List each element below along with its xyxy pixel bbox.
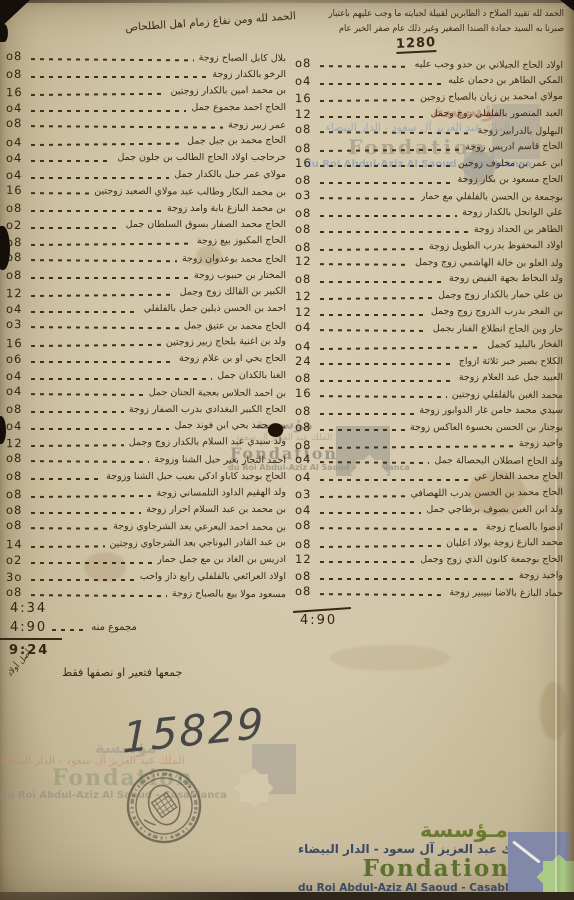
entry-amount: o3 xyxy=(295,487,315,501)
ledger-row: بن احمد الحلاس بعجبة الجنان جملo4 xyxy=(6,383,286,402)
entry-amount: o8 xyxy=(6,268,26,282)
entry-amount: o8 xyxy=(295,438,315,452)
entry-text: الحاج يحي او بن علام زوجة xyxy=(179,353,286,364)
ledger-row: الحاج محمد بن الحسن بدرب اللهصافيo3 xyxy=(295,484,563,503)
entry-text: الطاهر بن الحداد زوجة xyxy=(474,224,563,235)
ledger-row: بن علي حمار بالكدار زوج وجمل12 xyxy=(295,286,563,305)
watermark-arabic-name: مـؤسسة xyxy=(298,820,508,841)
header-year: 1280 xyxy=(396,35,437,54)
ledger-row: ولد البخاط بجهة الفيض زوجةo8 xyxy=(295,271,563,288)
ledger-row: الحاج الكبير البغدادي بدرب الصفار زوجةo8 xyxy=(6,401,286,418)
dash-leader xyxy=(31,259,177,262)
ledger-row: الكلاح بصير خبر ثلاثة ازواج24 xyxy=(295,353,563,370)
entry-amount: o4 xyxy=(6,302,26,316)
entry-amount: 3o xyxy=(6,570,26,584)
logo-diagonal-slash xyxy=(512,840,541,863)
bottom-edge-strip xyxy=(0,892,574,900)
ledger-row: الحاج احمد مجموع جملo4 xyxy=(6,99,286,116)
entry-amount: o8 xyxy=(295,240,315,254)
ledger-row: ولد ابن الغين بصوف برطاجي جملo4 xyxy=(295,502,563,519)
dash-leader xyxy=(31,378,212,380)
entry-text: حماد البازغ بالاضا نبيبير زوجة xyxy=(449,587,563,599)
entry-text: الحاج قاسم ادريس زوجة xyxy=(465,140,563,152)
ledger-row: ادريس بن الغاد بن مع جمل حمارo2 xyxy=(6,552,286,569)
entry-amount: o8 xyxy=(295,420,315,434)
ledger-row: المختار بن حببوب زوجةo8 xyxy=(6,267,286,284)
dash-leader xyxy=(320,281,444,283)
dash-leader xyxy=(31,344,161,347)
entry-amount: 16 xyxy=(295,91,315,105)
entry-amount: o8 xyxy=(6,487,26,501)
right-column-total: 4:90 xyxy=(300,613,337,628)
entry-amount: o8 xyxy=(295,518,315,532)
entry-text: بن محمد البازغ بابة وامد زوجة xyxy=(167,203,286,214)
eight-point-star-icon xyxy=(234,768,274,808)
entry-text: الكلاح بصير خبر ثلاثة ازواج xyxy=(459,356,563,367)
entry-amount: 12 xyxy=(6,437,26,451)
ledger-row: الفخار بالبليد كجملo4 xyxy=(295,335,563,354)
dash-leader xyxy=(31,594,167,597)
manuscript-page: مؤسسة الملك عبد العزيز آل سعود - الدار ا… xyxy=(0,0,574,900)
entry-amount: o8 xyxy=(295,222,315,236)
entry-amount: o8 xyxy=(295,569,315,583)
entry-amount: o8 xyxy=(295,173,315,187)
watermark-arabic-line: الملك عبد العزيز آل سعود - الدار البيضاء xyxy=(298,841,510,857)
entry-text: الحاج مسعود بن بكار زوجة xyxy=(458,174,563,185)
ledger-row: بن محمد البازغ بابة وامد زوجةo8 xyxy=(6,200,286,217)
carried-label: مجموع منه xyxy=(91,622,137,633)
entry-text: بن احمد الحلاس بعجبة الجنان جمل xyxy=(149,387,286,399)
ledger-row: اولاد الحاج الجيلاني بن حدو وجب عليهo8 xyxy=(295,55,563,74)
entry-amount: 12 xyxy=(295,254,315,268)
entry-amount: o8 xyxy=(6,402,26,416)
foundation-logo-icon xyxy=(252,744,296,794)
entry-text: حار وبن الحاج انطلاع الفنار بجمل xyxy=(433,323,563,335)
ledger-row: الغنا بالكدان جملo4 xyxy=(6,367,286,384)
ledger-row: الحاج بوجمعة كانون الذي زوج وجمل12 xyxy=(295,551,563,568)
dash-leader xyxy=(320,545,441,548)
entry-text: المختار بن حببوب زوجة xyxy=(194,270,286,281)
ledger-row: الحاج محمد بن جبل جملo4 xyxy=(6,132,286,151)
entry-amount: 16 xyxy=(6,336,26,350)
ledger-row: الحاج مسعود بن بكار زوجةo8 xyxy=(295,172,563,189)
dash-leader xyxy=(31,210,162,212)
left-column-header: الحمد لله ومن نفاع زمام اهل الطلحاص xyxy=(126,10,296,34)
entry-text: بن محمد البكار وطالب عبد مولاي الصعيد زو… xyxy=(94,185,286,198)
dash-leader xyxy=(320,578,514,580)
entry-amount: o4 xyxy=(295,452,315,466)
top-edge-shadow xyxy=(0,0,574,3)
ledger-row: اولاد العرائعي بالفلفلي رايع ذاز واحب3o xyxy=(6,568,286,585)
ledger-row: ولد العلو بن خالة الهاشمي زوج وجمل12 xyxy=(295,253,563,272)
ledger-row: مولاي عمر جبل بالكدار جملo4 xyxy=(6,166,286,183)
header-line-1: الحمد لله تقييد الصلاح د الطابرين لقبيلة… xyxy=(314,9,564,19)
ledger-row: بن محمد احمد البعرعي بعد الشرجاوي زوجةo8 xyxy=(6,517,286,536)
entry-text: بن علي حمار بالكدار زوج وجمل xyxy=(438,289,563,301)
entry-amount: o2 xyxy=(6,218,26,232)
ledger-row: محمد البازغ زوجة بولاد اعلبانo8 xyxy=(295,533,563,552)
entry-text: اولاد الحاج الجيلاني بن حدو وجب عليه xyxy=(415,59,563,71)
dash-leader xyxy=(31,562,152,564)
dash-leader xyxy=(31,243,192,246)
entry-text: واخيد زوجة xyxy=(519,570,563,581)
dash-leader xyxy=(31,460,149,463)
dash-leader xyxy=(320,512,421,514)
dash-leader xyxy=(320,248,424,251)
dash-leader xyxy=(31,110,186,112)
ledger-row: الرخو بالكدار زوجةo8 xyxy=(6,66,286,83)
entry-amount: o8 xyxy=(295,206,315,220)
dash-leader xyxy=(320,297,433,300)
entry-text: سيدي محمد حامن غار الدوابور زوجة xyxy=(419,405,563,416)
entry-amount: 16 xyxy=(6,85,26,99)
entry-amount: o8 xyxy=(295,371,315,385)
entry-text: ولد الهقيم الداود التلمساني زوجة xyxy=(156,486,286,498)
dash-leader xyxy=(31,143,182,146)
entry-amount: 12 xyxy=(6,286,26,300)
dash-leader xyxy=(31,393,144,396)
dash-leader xyxy=(52,629,86,631)
entry-amount: 12 xyxy=(295,552,315,566)
entry-text: بن محمد احمد البعرعي بعد الشرجاوي زوجة xyxy=(113,521,286,533)
dash-leader xyxy=(320,215,457,217)
dash-leader xyxy=(320,429,405,431)
dash-leader xyxy=(320,314,426,316)
dash-leader xyxy=(31,527,108,530)
entry-amount: o4 xyxy=(6,151,26,165)
entry-text: الحاج محمد بن عتيق جمل xyxy=(184,320,286,332)
ledger-row: بلال كابل الصباح زوجةo8 xyxy=(6,48,286,67)
entry-text: مسعود مولا بيع بالصباح زوجة xyxy=(172,588,286,600)
entry-text: العبيد جبل عبد العلام زوجة xyxy=(459,372,563,383)
ledger-row: حار وبن الحاج انطلاع الفنار بجملo4 xyxy=(295,319,563,338)
entry-amount: o4 xyxy=(295,503,315,517)
entry-text: الكبير بن القالك زوج وجمل xyxy=(180,285,286,297)
entry-text: ولد بن اغنية بلحاج زبير زوجتين xyxy=(166,335,286,347)
entry-text: احمد النجار بعير حبل الشنا وزوجة xyxy=(154,454,286,466)
foundation-logo-icon xyxy=(508,832,570,892)
entry-amount: o4 xyxy=(6,384,26,398)
entry-text: اولاد المحفوظ بدرب الطويل زوجة xyxy=(429,239,563,251)
entry-text: العبد المنصور بالفلفلي زوج وجمل xyxy=(431,108,563,119)
dash-leader xyxy=(31,177,169,179)
ledger-row: بن عبد القادر البوناجي بعد الشرجاوي زوجت… xyxy=(6,534,286,553)
entry-text: الحاج محمد الصفار بسوق السلطان جمل xyxy=(126,219,286,230)
entry-amount: o6 xyxy=(6,352,26,366)
entry-amount: o8 xyxy=(6,116,26,130)
ledger-row: مسعود مولا بيع بالصباح زوجةo8 xyxy=(6,584,286,603)
dash-leader xyxy=(31,311,139,313)
ledger-row: سيدي محمد حامن غار الدوابور زوجةo8 xyxy=(295,403,563,420)
ledger-row: الطاهر بن الحداد زوجةo8 xyxy=(295,221,563,238)
entry-amount: o8 xyxy=(6,67,26,81)
entry-amount: o2 xyxy=(6,553,26,567)
dash-leader xyxy=(31,445,124,448)
dash-leader xyxy=(320,131,473,134)
ledger-row: ادصوا بالصباح زوجةo8 xyxy=(295,517,563,536)
carried-total-row: 4:90 مجموع منه xyxy=(10,620,140,635)
ledger-row: الحاج بوجيد كاباو ادكي بعيب حبل الشنا وز… xyxy=(6,468,286,485)
dash-leader xyxy=(320,445,514,449)
dash-leader xyxy=(320,116,426,118)
entry-amount: 12 xyxy=(295,289,315,303)
dash-leader xyxy=(31,512,141,514)
ledger-row: المكي الطاهر بن دحمان عليهo4 xyxy=(295,73,563,90)
entry-amount: o4 xyxy=(6,419,26,433)
dash-leader xyxy=(31,478,101,480)
dash-leader xyxy=(320,461,429,464)
carried-amount: 4:90 xyxy=(10,620,47,635)
entry-text: ولد العلو بن خالة الهاشمي زوج وجمل xyxy=(415,257,563,269)
closing-note: جمعها فتعير او نصفها فقط xyxy=(62,666,182,679)
ledger-row: الحاج محمد بن عتيق جملo3 xyxy=(6,316,286,335)
dash-leader xyxy=(320,479,469,481)
dash-leader xyxy=(320,165,453,167)
dash-leader xyxy=(320,83,443,85)
ledger-row: مولاي امحمد بن زيان بالصباح زوجين16 xyxy=(295,88,563,107)
entry-text: بن عبد القادر البوناجي بعد الشرجاوي زوجت… xyxy=(109,536,286,549)
stain-spot xyxy=(330,645,450,671)
ledger-row: بوجمعة بن الحسن بالفلفلي مع حمارo3 xyxy=(295,187,563,206)
ledger-row: العبد المنصور بالفلفلي زوج وجمل12 xyxy=(295,106,563,123)
entry-text: ادصوا بالصباح زوجة xyxy=(486,521,563,533)
ledger-row: الكبير بن القالك زوج وجمل12 xyxy=(6,282,286,301)
entry-amount: o8 xyxy=(295,272,315,286)
ledger-row: الحاج محمد الفخار عيo4 xyxy=(295,469,563,486)
entry-text: ولد ابن الغين بصوف برطاجي جمل xyxy=(426,504,563,515)
entry-text: الحاج محمد بوعدوان زوجة xyxy=(182,253,286,265)
entry-amount: o8 xyxy=(6,469,26,483)
ledger-row: البهلول بالدرابير زوجةo8 xyxy=(295,121,563,140)
torn-edge-mark xyxy=(0,24,8,42)
dash-leader xyxy=(31,192,89,194)
entry-text: الرخو بالكدار زوجة xyxy=(212,69,286,80)
ledger-column-right: اولاد الحاج الجيلاني بن حدو وجب عليهo8ال… xyxy=(295,56,563,601)
entry-amount: 12 xyxy=(295,305,315,319)
entry-text: بوجنار بن الحسن بحسوة العاكس زوجة xyxy=(410,422,563,433)
left-column-subtotal: 4:34 xyxy=(10,601,47,616)
entry-amount: o8 xyxy=(6,49,26,63)
dash-leader xyxy=(31,93,166,96)
entry-text: ولد سيدي عبد السلام بالكدار زوج وجمل xyxy=(129,436,286,448)
dash-leader xyxy=(320,346,482,349)
dash-leader xyxy=(320,363,454,365)
entry-text: محمد الغبن بالفلفلي زوجتين xyxy=(452,389,563,401)
ledger-row: بن محمد يحي ابن فوند جملo4 xyxy=(6,418,286,435)
entry-amount: o4 xyxy=(6,101,26,115)
entry-text: ادريس بن الغاد بن مع جمل حمار xyxy=(157,554,286,565)
entry-text: واحيد زوجة xyxy=(519,437,563,448)
entry-text: بوجمعة بن الحسن بالفلفلي مع حمار xyxy=(421,191,563,203)
entry-amount: 16 xyxy=(295,386,315,400)
entry-amount: o4 xyxy=(6,135,26,149)
dash-leader xyxy=(320,65,410,68)
ledger-row: علي الوانجل بالكدار زوجةo8 xyxy=(295,205,563,222)
entry-text: بلال كابل الصباح زوجة xyxy=(199,52,286,64)
ledger-row: ولد الهقيم الداود التلمساني زوجةo8 xyxy=(6,483,286,502)
dash-leader xyxy=(320,99,415,102)
dash-leader xyxy=(31,326,179,329)
entry-amount: 14 xyxy=(6,537,26,551)
entry-text: علي الوانجل بالكدار زوجة xyxy=(462,207,563,218)
entry-text: بن الفخر بدرب الدروج زوج وجمل xyxy=(431,306,563,317)
dash-leader xyxy=(320,395,447,398)
dash-leader xyxy=(31,545,105,548)
watermark-fondation-text: Fondation xyxy=(298,857,510,881)
ledger-row: حماد البازغ بالاضا نبيبير زوجةo8 xyxy=(295,583,563,602)
ledger-row: احمد بن الحسن ذبلين جمل بالفلفليo4 xyxy=(6,300,286,317)
dash-leader xyxy=(320,561,415,563)
dash-leader xyxy=(320,593,444,596)
entry-text: عمر زبير زوجة xyxy=(228,120,286,131)
ledger-row: احمد النجار بعير حبل الشنا وزوجةo8 xyxy=(6,450,286,469)
catalogue-number: 15829 xyxy=(122,698,265,762)
dash-leader xyxy=(31,160,112,162)
entry-amount: o3 xyxy=(6,317,26,331)
ledger-row: العبيد جبل عبد العلام زوجةo8 xyxy=(295,370,563,387)
entry-amount: 12 xyxy=(295,107,315,121)
ledger-row: الحاج محمد بوعدوان زوجةo8 xyxy=(6,249,286,268)
ledger-row: بوجنار بن الحسن بحسوة العاكس زوجةo8 xyxy=(295,419,563,436)
dash-leader xyxy=(320,148,460,151)
entry-text: المكي الطاهر بن دحمان عليه xyxy=(448,75,563,86)
dash-leader xyxy=(320,182,453,184)
grand-total-line xyxy=(0,638,62,640)
entry-amount: 16 xyxy=(295,156,315,170)
entry-text: ولد البخاط بجهة الفيض زوجة xyxy=(449,273,563,284)
entry-text: الحاج الكبير البغدادي بدرب الصفار زوجة xyxy=(129,404,286,415)
dash-leader xyxy=(31,579,135,581)
dash-leader xyxy=(320,380,454,382)
dash-leader xyxy=(31,411,124,413)
dash-leader xyxy=(31,428,169,430)
entry-text: ولد الحاج اصطلان البحصالة جمل xyxy=(434,455,563,467)
entry-amount: o4 xyxy=(295,470,315,484)
entry-amount: o8 xyxy=(6,451,26,465)
entry-text: البهلول بالدرابير زوجة xyxy=(478,125,563,137)
entry-amount: o4 xyxy=(6,369,26,383)
ledger-row: عمر زبير زوجةo8 xyxy=(6,115,286,134)
entry-text: الغنا بالكدان جمل xyxy=(217,370,286,381)
entry-text: احمد بن الحسن ذبلين جمل بالفلفلي xyxy=(144,303,286,314)
dash-leader xyxy=(320,197,416,200)
entry-text: اولاد العرائعي بالفلفلي رايع ذاز واحب xyxy=(140,571,286,582)
entry-text: الحاج بوجيد كاباو ادكي بعيب حبل الشنا وز… xyxy=(106,471,286,482)
entry-amount: o8 xyxy=(295,122,315,136)
dash-leader xyxy=(320,527,481,530)
ledger-row: الحاج محمد الصفار بسوق السلطان جملo2 xyxy=(6,217,286,234)
entry-amount: o8 xyxy=(6,585,26,599)
dash-leader xyxy=(31,227,121,229)
dash-leader xyxy=(31,277,189,279)
entry-amount: o8 xyxy=(295,537,315,551)
entry-amount: o8 xyxy=(295,584,315,598)
ledger-column-left: بلال كابل الصباح زوجةo8الرخو بالكدار زوج… xyxy=(6,49,286,602)
entry-amount: o8 xyxy=(6,201,26,215)
entry-text: حرحاجب اولاد الحاج الطالب بن جلون جمل xyxy=(117,152,286,163)
entry-text: مولاي امحمد بن زيان بالصباح زوجين xyxy=(420,91,563,103)
ledger-row: بن محمد بن عبد السلام احرار زوجةo8 xyxy=(6,501,286,518)
dash-leader xyxy=(320,495,405,498)
entry-amount: o4 xyxy=(295,320,315,334)
entry-text: الحاج المكبوز بيع زوجة xyxy=(197,235,286,247)
dash-leader xyxy=(31,125,223,129)
entry-text: الحاج محمد الفخار عي xyxy=(474,471,563,482)
ledger-row: الحاج قاسم ادريس زوجةo8 xyxy=(295,137,563,156)
foundation-colophon: مـؤسسة الملك عبد العزيز آل سعود - الدار … xyxy=(298,820,574,900)
ledger-row: بن محمد امين بالكدار زوجتين16 xyxy=(6,81,286,100)
entry-amount: o3 xyxy=(295,188,315,202)
entry-text: بن محمد بن عبد السلام احرار زوجة xyxy=(146,504,286,515)
dash-leader xyxy=(320,329,428,332)
ledger-row: واخيد زوجةo8 xyxy=(295,568,563,585)
entry-text: الحاج محمد بن الحسن بدرب اللهصافي xyxy=(410,487,563,499)
entry-amount: o4 xyxy=(6,168,26,182)
dash-leader xyxy=(31,76,207,78)
dash-leader xyxy=(31,58,194,61)
ledger-row: بن الفخر بدرب الدروج زوج وجمل12 xyxy=(295,304,563,321)
entry-amount: o8 xyxy=(6,518,26,532)
document-header: الحمد لله تقييد الصلاح د الطابرين لقبيلة… xyxy=(292,9,564,34)
dash-leader xyxy=(31,495,151,498)
entry-text: بن محمد امين بالكدار زوجتين xyxy=(171,84,286,96)
entry-text: مولاي عمر جبل بالكدار جمل xyxy=(174,169,286,180)
ledger-row: ولد بن اغنية بلحاج زبير زوجتين16 xyxy=(6,333,286,352)
ledger-row: ابن عمر بن مخلوف زوجين16 xyxy=(295,155,563,172)
header-line-2: صبرنا به السيد حمادة الصندا الصغير وغير … xyxy=(314,24,564,34)
ledger-row: الحاج يحي او بن علام زوجةo6 xyxy=(6,351,286,368)
library-seal-stamp xyxy=(119,761,209,851)
dash-leader xyxy=(320,413,414,415)
entry-text: الحاج محمد بن جبل جمل xyxy=(187,134,286,146)
ledger-row: ولد الحاج اصطلان البحصالة جملo4 xyxy=(295,451,563,470)
entry-amount: 16 xyxy=(6,183,26,197)
entry-text: محمد البازغ زوجة بولاد اعلبان xyxy=(446,536,563,548)
entry-amount: 24 xyxy=(295,354,315,368)
ledger-row: محمد الغبن بالفلفلي زوجتين16 xyxy=(295,385,563,404)
entry-amount: o8 xyxy=(295,141,315,155)
dash-leader xyxy=(320,263,410,266)
dash-leader xyxy=(320,231,469,233)
entry-text: الحاج بوجمعة كانون الذي زوج وجمل xyxy=(420,554,563,565)
entry-text: ابن عمر بن مخلوف زوجين xyxy=(458,158,563,169)
entry-amount: o8 xyxy=(6,503,26,517)
dash-leader xyxy=(31,294,175,297)
dash-leader xyxy=(31,361,174,363)
right-edge-shading xyxy=(563,0,574,900)
ledger-row: بن محمد البكار وطالب عبد مولاي الصعيد زو… xyxy=(6,182,286,201)
entry-amount: o4 xyxy=(295,74,315,88)
ledger-row: حرحاجب اولاد الحاج الطالب بن جلون جملo4 xyxy=(6,150,286,167)
entry-amount: o4 xyxy=(295,339,315,353)
entry-amount: o8 xyxy=(295,56,315,70)
entry-amount: o8 xyxy=(295,404,315,418)
entry-text: الحاج احمد مجموع جمل xyxy=(191,102,286,113)
entry-text: الفخار بالبليد كجمل xyxy=(487,338,563,350)
